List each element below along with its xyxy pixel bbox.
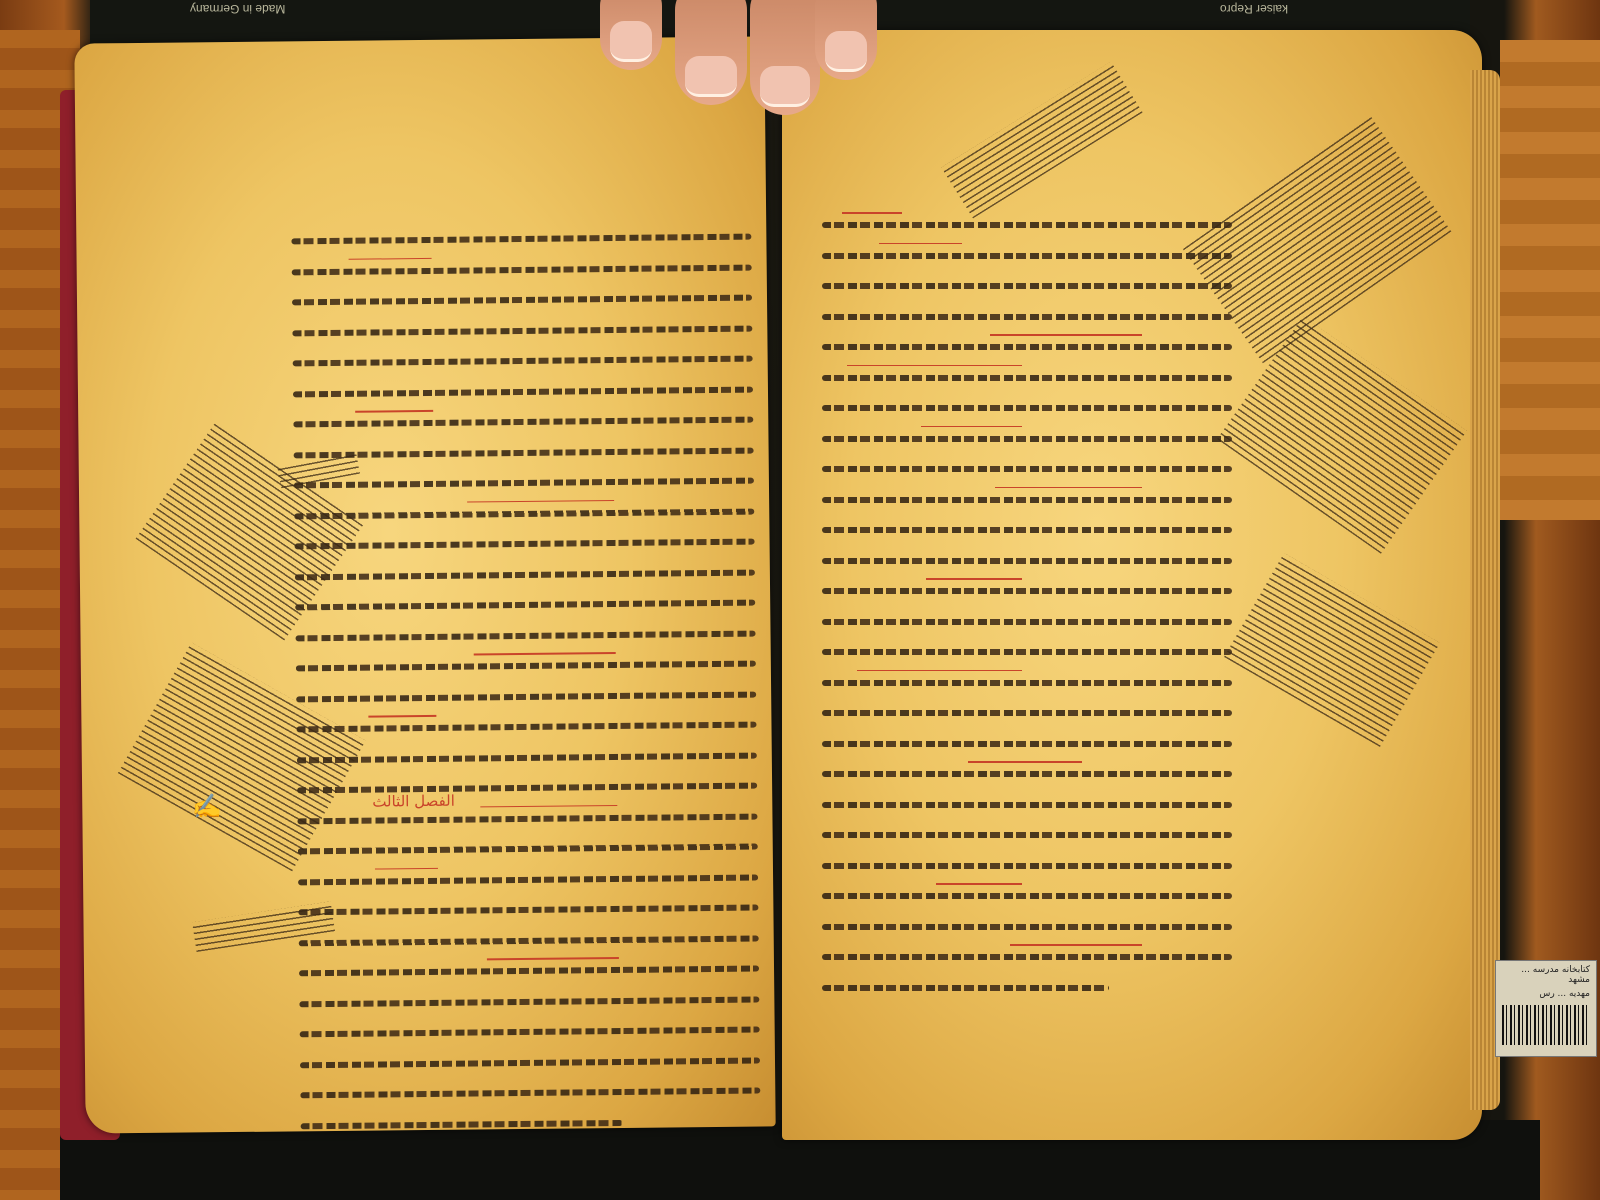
fingernail [685, 56, 737, 97]
red-overline [936, 883, 1022, 885]
manuscript-line [822, 607, 1232, 638]
ink-text [295, 539, 755, 550]
ink-text [295, 569, 755, 580]
ink-text [294, 447, 754, 458]
red-overline [879, 243, 962, 245]
manuscript-line [297, 771, 757, 806]
ink-text [301, 1119, 623, 1128]
manuscript-line [822, 759, 1232, 790]
ink-text [822, 649, 1232, 655]
fingernail [760, 66, 810, 107]
ink-text [822, 558, 1232, 564]
manuscript-line [822, 668, 1232, 699]
manuscript-line [300, 1076, 760, 1111]
manuscript-line [822, 637, 1232, 668]
marginal-gloss [1224, 553, 1440, 747]
red-overline [921, 426, 1022, 428]
manuscript-line [822, 912, 1232, 943]
ink-text [822, 314, 1232, 320]
manuscript-line [299, 923, 759, 958]
manuscript-line [822, 332, 1232, 363]
manuscript-line [822, 546, 1232, 577]
library-label-line2: مهديه ... رس [1496, 985, 1596, 999]
red-overline [1010, 944, 1142, 946]
manuscript-line [297, 740, 757, 775]
ink-text [299, 935, 759, 946]
hand-holding-book [580, 0, 860, 120]
manuscript-line [293, 405, 753, 440]
cloth-print-left: Made in Germany [190, 2, 285, 16]
red-overline [368, 715, 436, 717]
manuscript-line [822, 820, 1232, 851]
manuscript-line [822, 942, 1232, 973]
ink-text [294, 478, 754, 489]
library-label-line1: كتابخانه مدرسه ... مشهد [1496, 961, 1596, 985]
ink-text [822, 527, 1232, 533]
ink-text [822, 680, 1232, 686]
manuscript-line [822, 851, 1232, 882]
library-barcode-label: كتابخانه مدرسه ... مشهد مهديه ... رس [1495, 960, 1597, 1057]
ink-text [292, 295, 752, 306]
ink-text [300, 1027, 760, 1038]
manuscript-line [298, 832, 758, 867]
ink-text [291, 234, 751, 245]
fingernail [825, 31, 867, 72]
left-page: الفصل الثالث ✍ [74, 36, 775, 1133]
ink-text [298, 844, 758, 855]
ink-text [300, 1088, 760, 1099]
ink-text [822, 619, 1232, 625]
manuscript-line [293, 374, 753, 409]
red-overline [480, 804, 617, 807]
manuscript-line [295, 618, 755, 653]
manuscript-line [298, 893, 758, 928]
ink-text [297, 813, 757, 824]
manuscript-line [298, 862, 758, 897]
ink-text [296, 661, 756, 672]
manuscript-line [822, 485, 1232, 516]
ink-text [822, 375, 1232, 381]
finger [600, 0, 662, 70]
ink-text [297, 752, 757, 763]
fingernail [610, 21, 652, 62]
ink-text [293, 417, 753, 428]
ink-text [822, 863, 1232, 869]
wooden-table-right [1500, 40, 1600, 520]
red-overline [990, 334, 1142, 336]
manuscript-line [296, 679, 756, 714]
ink-text [822, 802, 1232, 808]
ink-text [822, 710, 1232, 716]
ink-text [296, 691, 756, 702]
manuscript-line [822, 241, 1232, 272]
ink-text [822, 344, 1232, 350]
ink-text [294, 508, 754, 519]
manuscript-line [822, 515, 1232, 546]
ink-text [298, 874, 758, 885]
finger [750, 0, 820, 115]
signature-mark: ✍ [192, 792, 222, 820]
manuscript-line [822, 698, 1232, 729]
cloth-print-right: kaiser Repro [1220, 2, 1288, 16]
red-overline [375, 867, 438, 869]
manuscript-line [294, 466, 754, 501]
manuscript-line [822, 576, 1232, 607]
manuscript-line [822, 302, 1232, 333]
ink-text [295, 600, 755, 611]
red-overline [857, 670, 1022, 672]
right-page-text [822, 210, 1232, 1003]
ink-text [822, 893, 1232, 899]
manuscript-line [300, 1045, 760, 1080]
manuscript-line [822, 271, 1232, 302]
page-edges [1470, 70, 1500, 1110]
ink-text [292, 264, 752, 275]
manuscript-line [296, 649, 756, 684]
ink-text [296, 630, 756, 641]
ink-text [822, 924, 1232, 930]
red-overline [487, 957, 619, 960]
ink-text [293, 356, 753, 367]
manuscript-line [299, 984, 759, 1019]
manuscript-line [822, 393, 1232, 424]
red-overline [995, 487, 1142, 489]
ink-text [297, 783, 757, 794]
finger [815, 0, 877, 80]
manuscript-line [300, 1015, 760, 1050]
manuscript-line [822, 424, 1232, 455]
manuscript-line [822, 881, 1232, 912]
finger [675, 0, 747, 105]
manuscript-line [297, 801, 757, 836]
ink-text [822, 222, 1232, 228]
marginal-gloss [941, 62, 1142, 219]
ink-text [822, 436, 1232, 442]
red-overline [474, 652, 616, 655]
manuscript-line [299, 954, 759, 989]
right-page [782, 30, 1482, 1140]
ink-text [822, 832, 1232, 838]
manuscript-line [294, 527, 754, 562]
ink-text [299, 996, 759, 1007]
ink-text [293, 386, 753, 397]
manuscript-line [822, 363, 1232, 394]
ink-text [298, 905, 758, 916]
ink-text [822, 497, 1232, 503]
ink-text [292, 325, 752, 336]
ink-text [822, 405, 1232, 411]
manuscript-line [293, 435, 753, 470]
section-heading: الفصل الثالث [372, 792, 455, 811]
manuscript-line [292, 283, 752, 318]
manuscript-line [295, 588, 755, 623]
manuscript-line [293, 344, 753, 379]
manuscript-line [295, 557, 755, 592]
manuscript-book: الفصل الثالث ✍ [60, 30, 1500, 1140]
ink-text [822, 771, 1232, 777]
manuscript-line [822, 729, 1232, 760]
manuscript-line [292, 252, 752, 287]
barcode [1502, 1005, 1590, 1045]
ink-text [822, 283, 1232, 289]
ink-text [822, 588, 1232, 594]
manuscript-line [822, 454, 1232, 485]
red-overline [355, 410, 433, 412]
manuscript-line [292, 313, 752, 348]
red-overline [847, 365, 1022, 367]
ink-text [300, 1057, 760, 1068]
ink-text [822, 466, 1232, 472]
manuscript-line [291, 222, 751, 257]
ink-text [296, 722, 756, 733]
red-overline [926, 578, 1022, 580]
manuscript-line [294, 496, 754, 531]
left-page-text [291, 222, 761, 1142]
manuscript-line [822, 973, 1232, 1004]
red-overline [968, 761, 1082, 763]
ink-text [299, 966, 759, 977]
red-overline [349, 257, 432, 259]
ink-text [822, 253, 1232, 259]
red-overline [467, 500, 614, 503]
manuscript-line [822, 210, 1232, 241]
manuscript-line [300, 1106, 760, 1141]
manuscript-line [822, 790, 1232, 821]
ink-text [822, 954, 1232, 960]
ink-text [822, 741, 1232, 747]
ink-text [822, 985, 1109, 991]
red-overline [842, 212, 902, 214]
